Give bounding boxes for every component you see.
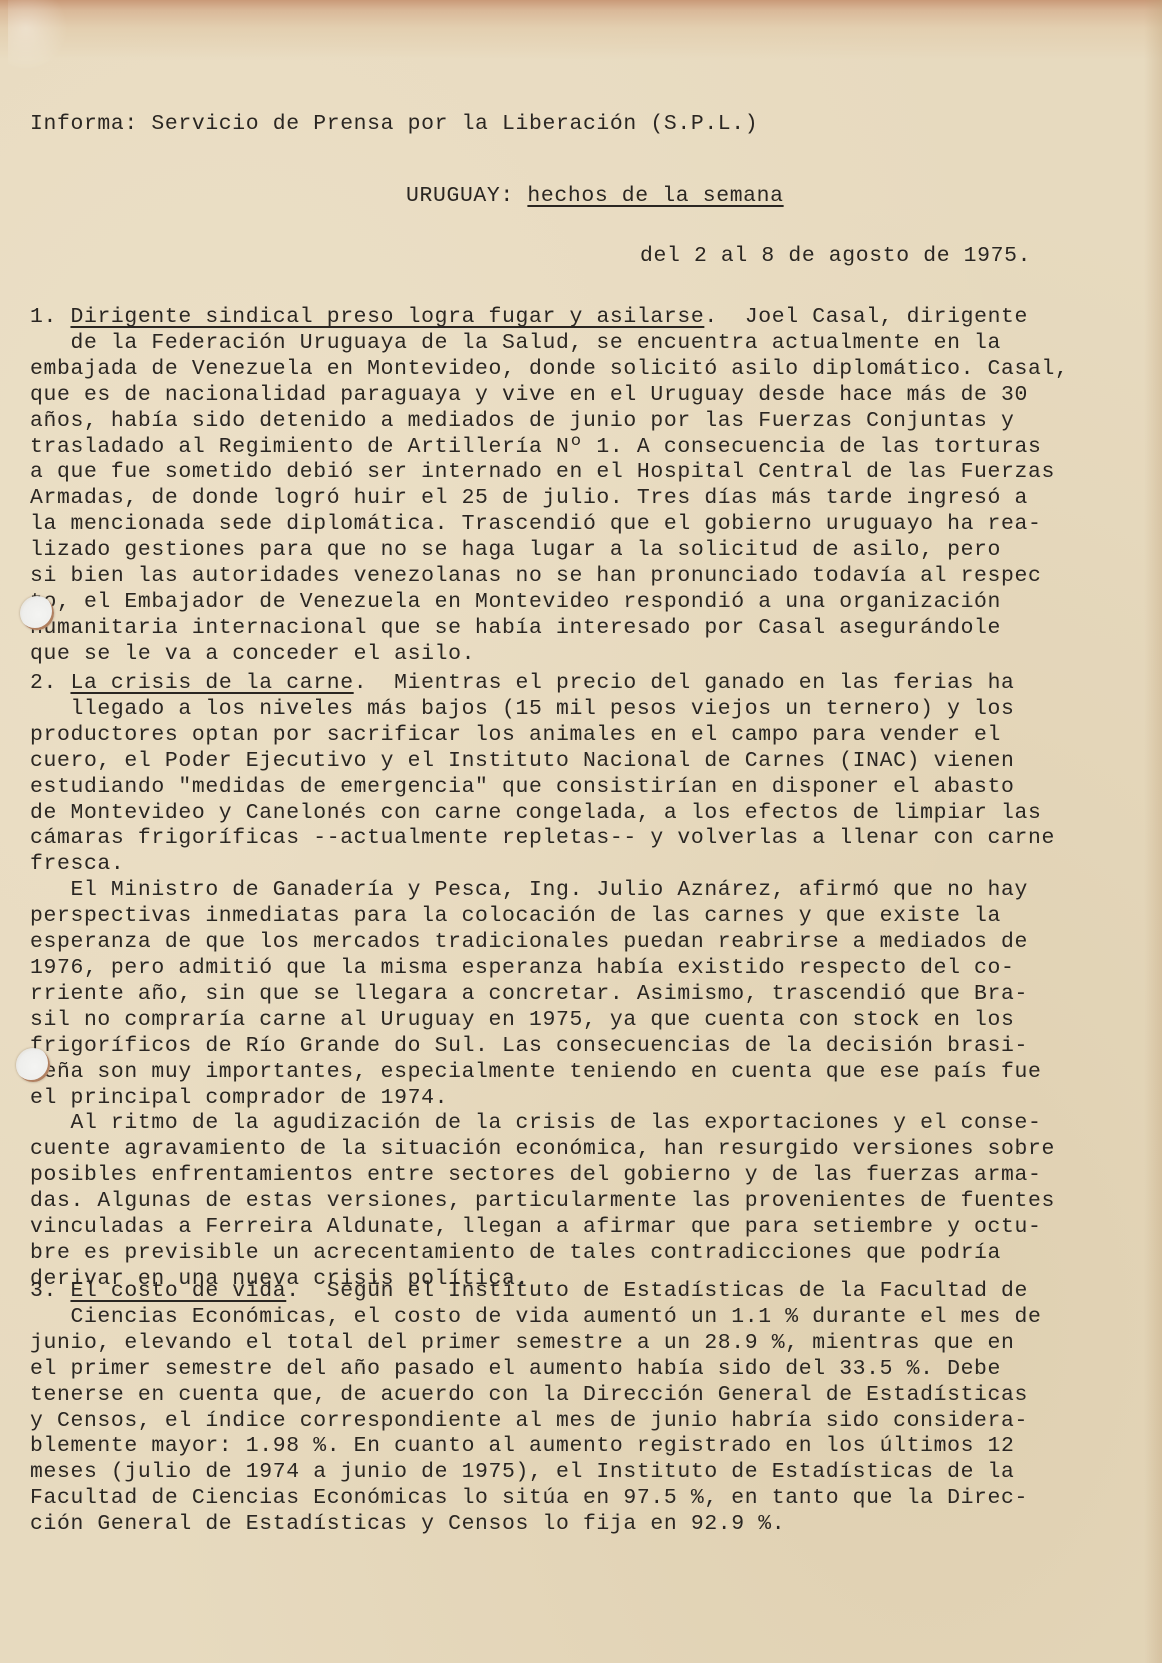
- paragraph-line: sil no compraría carne al Uruguay en 197…: [30, 1008, 1055, 1034]
- paragraph-line: das. Algunas de estas versiones, particu…: [30, 1189, 1055, 1215]
- section-1: 1. Dirigente sindical preso logra fugar …: [30, 305, 1068, 668]
- paragraph-line: leña son muy importantes, especialmente …: [30, 1060, 1055, 1086]
- paragraph-line: el primer semestre del año pasado el aum…: [30, 1357, 1042, 1383]
- paragraph-line: Joel Casal, dirigente: [718, 305, 1028, 329]
- paragraph-line: posibles enfrentamientos entre sectores …: [30, 1163, 1055, 1189]
- section-heading-end: .: [704, 305, 718, 329]
- paragraph-line: tenerse en cuenta que, de acuerdo con la…: [30, 1383, 1042, 1409]
- paragraph-line: de Montevideo y Canelonés con carne cong…: [30, 801, 1055, 827]
- paper-edge-shadow: [1144, 0, 1162, 1663]
- section-number: 1.: [30, 305, 70, 329]
- paragraph-line: Al ritmo de la agudización de la crisis …: [30, 1111, 1055, 1137]
- paragraph-line: estudiando "medidas de emergencia" que c…: [30, 775, 1055, 801]
- paragraph-line: que se le va a conceder el asilo.: [30, 642, 1068, 668]
- paragraph-line: cuente agravamiento de la situación econ…: [30, 1137, 1055, 1163]
- paragraph-line: perspectivas inmediatas para la colocaci…: [30, 904, 1055, 930]
- paragraph-line: si bien las autoridades venezolanas no s…: [30, 564, 1068, 590]
- title-prefix: URUGUAY:: [406, 184, 527, 208]
- section-2: 2. La crisis de la carne. Mientras el pr…: [30, 671, 1055, 1293]
- paragraph-line: Facultad de Ciencias Económicas lo sitúa…: [30, 1486, 1042, 1512]
- section-number: 3.: [30, 1279, 70, 1303]
- section-3-first-line: 3. El costo de vida. Según el Instituto …: [30, 1279, 1042, 1305]
- paragraph-line: trasladado al Regimiento de Artillería N…: [30, 435, 1068, 461]
- paragraph-line: cámaras frigoríficas --actualmente reple…: [30, 826, 1055, 852]
- paragraph-line: junio, elevando el total del primer seme…: [30, 1331, 1042, 1357]
- paragraph-line: meses (julio de 1974 a junio de 1975), e…: [30, 1460, 1042, 1486]
- paragraph-line: embajada de Venezuela en Montevideo, don…: [30, 357, 1068, 383]
- section-3: 3. El costo de vida. Según el Instituto …: [30, 1279, 1042, 1538]
- paragraph-line: fresca.: [30, 852, 1055, 878]
- paragraph-line: Armadas, de donde logró huir el 25 de ju…: [30, 486, 1068, 512]
- paragraph-line: y Censos, el índice correspondiente al m…: [30, 1409, 1042, 1435]
- section-heading-end: .: [286, 1279, 300, 1303]
- section-number: 2.: [30, 671, 70, 695]
- paragraph-line: Mientras el precio del ganado en las fer…: [367, 671, 1014, 695]
- paragraph-line: productores optan por sacrificar los ani…: [30, 723, 1055, 749]
- paragraph-line: que es de nacionalidad paraguaya y vive …: [30, 383, 1068, 409]
- paragraph-line: vinculadas a Ferreira Aldunate, llegan a…: [30, 1215, 1055, 1241]
- paragraph-line: ción General de Estadísticas y Censos lo…: [30, 1512, 1042, 1538]
- section-1-first-line: 1. Dirigente sindical preso logra fugar …: [30, 305, 1068, 331]
- paragraph-line: frigoríficos de Río Grande do Sul. Las c…: [30, 1034, 1055, 1060]
- paragraph-line: lizado gestiones para que no se haga lug…: [30, 538, 1068, 564]
- paragraph-line: años, había sido detenido a mediados de …: [30, 409, 1068, 435]
- paragraph-line: blemente mayor: 1.98 %. En cuanto al aum…: [30, 1434, 1042, 1460]
- section-heading-end: .: [354, 671, 368, 695]
- section-heading: La crisis de la carne: [70, 671, 353, 695]
- section-heading: El costo de vida: [70, 1279, 286, 1303]
- paragraph-line: El Ministro de Ganadería y Pesca, Ing. J…: [30, 878, 1055, 904]
- punch-hole-top: [20, 596, 54, 630]
- paragraph-line: a que fue sometido debió ser internado e…: [30, 460, 1068, 486]
- paragraph-line: Según el Instituto de Estadísticas de la…: [300, 1279, 1028, 1303]
- title-underlined: hechos de la semana: [527, 184, 783, 208]
- paragraph-line: Ciencias Económicas, el costo de vida au…: [30, 1305, 1042, 1331]
- paragraph-line: de la Federación Uruguaya de la Salud, s…: [30, 331, 1068, 357]
- paragraph-line: cuero, el Poder Ejecutivo y el Instituto…: [30, 749, 1055, 775]
- paragraph-line: llegado a los niveles más bajos (15 mil …: [30, 697, 1055, 723]
- paragraph-line: rriente año, sin que se llegara a concre…: [30, 982, 1055, 1008]
- paragraph-line: la mencionada sede diplomática. Trascend…: [30, 512, 1068, 538]
- date-range: del 2 al 8 de agosto de 1975.: [640, 244, 1031, 270]
- paragraph-line: 1976, pero admitió que la misma esperanz…: [30, 956, 1055, 982]
- punch-hole-bottom: [16, 1048, 50, 1082]
- source-line: Informa: Servicio de Prensa por la Liber…: [30, 112, 758, 138]
- paragraph-line: humanitaria internacional que se había i…: [30, 616, 1068, 642]
- paragraph-line: to, el Embajador de Venezuela en Montevi…: [30, 590, 1068, 616]
- document-page: Informa: Servicio de Prensa por la Liber…: [0, 0, 1162, 1663]
- paper-crease: [8, 0, 68, 70]
- paragraph-line: el principal comprador de 1974.: [30, 1086, 1055, 1112]
- paragraph-line: esperanza de que los mercados tradiciona…: [30, 930, 1055, 956]
- document-title: URUGUAY: hechos de la semana: [406, 184, 784, 210]
- section-2-first-line: 2. La crisis de la carne. Mientras el pr…: [30, 671, 1055, 697]
- section-heading: Dirigente sindical preso logra fugar y a…: [70, 305, 704, 329]
- paragraph-line: bre es previsible un acrecentamiento de …: [30, 1241, 1055, 1267]
